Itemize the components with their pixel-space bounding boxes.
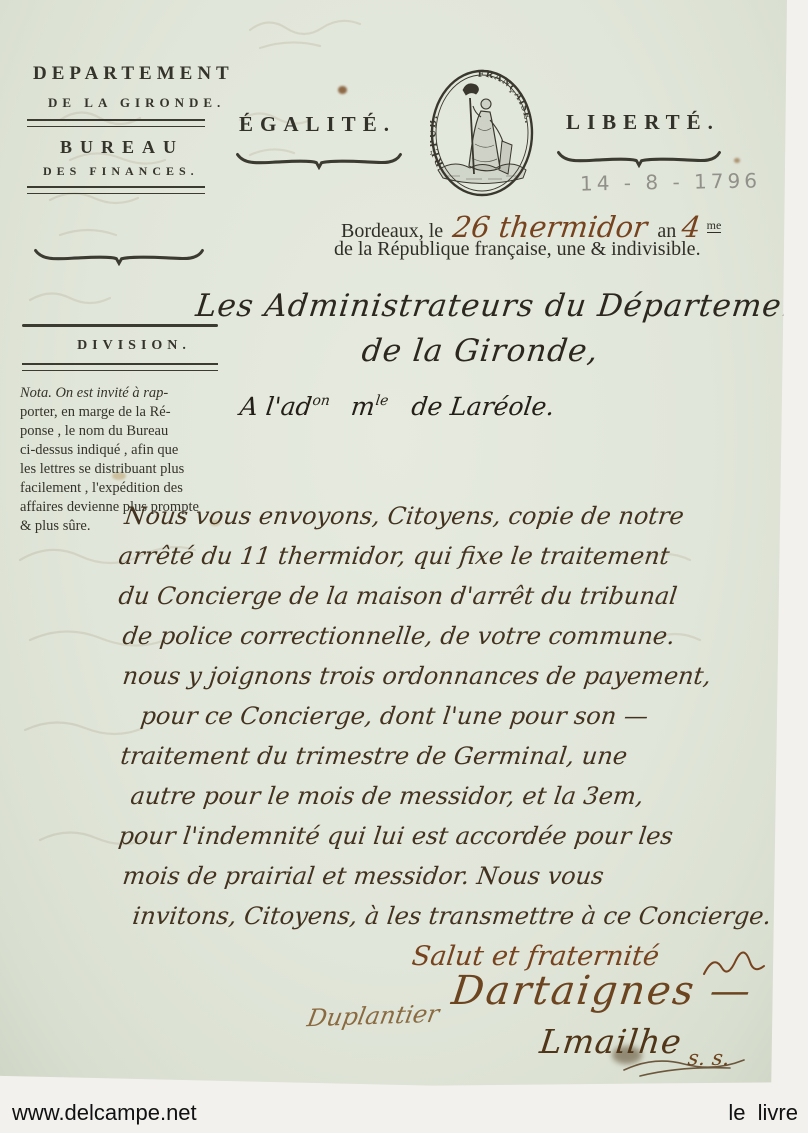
heavy-rule (22, 324, 218, 327)
body-line: traitement du trimestre de Germinal, une (116, 742, 786, 782)
double-rule (27, 186, 205, 194)
bureau-subtitle: DES FINANCES. (43, 164, 199, 179)
address-part: de Laréole. (410, 392, 556, 421)
address-superscript: on (311, 393, 330, 409)
body-line: mois de prairial et messidor. Nous vous (116, 862, 786, 902)
republic-seal: RÉPUB. FRANÇAISE. (430, 68, 534, 198)
svg-text:RÉPUB.: RÉPUB. (430, 113, 447, 169)
dateline-ordinal: me (707, 218, 722, 233)
body-line: nous y joignons trois ordonnances de pay… (116, 662, 786, 702)
nota-line: ci-dessus indiqué , afin que (20, 441, 222, 460)
body-line: pour l'indemnité qui lui est accordée po… (116, 822, 786, 862)
department-title: DEPARTEMENT (33, 63, 234, 85)
brace-flourish (556, 148, 722, 168)
address-line: A l'adon mle de Laréole. (238, 392, 556, 421)
body-line: pour ce Concierge, dont l'une pour son — (116, 702, 786, 742)
address-part: A l'ad (238, 392, 313, 421)
letter-body: Nous vous envoyons, Citoyens, copie de n… (118, 502, 783, 942)
brace-flourish (33, 246, 205, 266)
heading-gironde: de la Gironde, (360, 333, 601, 369)
liberte-motto: LIBERTÉ. (566, 110, 720, 135)
signature-dartaignes: Dartaignes — (449, 968, 755, 1014)
nota-line: les lettres se distribuant plus (20, 460, 222, 479)
liberty-figure (438, 84, 526, 184)
body-line: de police correctionnelle, de votre comm… (116, 622, 786, 662)
nota-line: Nota. On est invité à rap- (20, 385, 168, 401)
bureau-title: BUREAU (60, 137, 184, 158)
body-line: arrêté du 11 thermidor, qui fixe le trai… (116, 542, 786, 582)
double-rule (27, 119, 205, 127)
brace-flourish (235, 150, 403, 170)
watermark-url: www.delcampe.net (12, 1100, 197, 1126)
watermark-label: le livre (728, 1100, 798, 1126)
signature-underline-flourish (620, 1052, 750, 1082)
nota-line: facilement , l'expédition des (20, 479, 222, 498)
scanned-letter-page: DEPARTEMENT DE LA GIRONDE. BUREAU DES FI… (0, 0, 808, 1133)
body-line: invitons, Citoyens, à les transmettre à … (116, 902, 786, 942)
division-label: DIVISION. (22, 338, 232, 354)
department-subtitle: DE LA GIRONDE. (48, 95, 225, 111)
ink-stain (338, 86, 347, 94)
double-rule (22, 363, 218, 371)
address-superscript: le (375, 393, 390, 409)
dateline-republic: de la République française, une & indivi… (334, 238, 701, 261)
seal-text-left: RÉPUB. (430, 113, 447, 169)
body-line: autre pour le mois de messidor, et la 3e… (116, 782, 786, 822)
ink-stain (734, 158, 740, 163)
letter-paper: DEPARTEMENT DE LA GIRONDE. BUREAU DES FI… (0, 0, 787, 1090)
body-line: du Concierge de la maison d'arrêt du tri… (116, 582, 786, 622)
heading-administrators: Les Administrateurs du Département (194, 288, 808, 324)
nota-line: porter, en marge de la Ré- (20, 403, 222, 422)
body-line: Nous vous envoyons, Citoyens, copie de n… (116, 502, 786, 542)
pencil-date-annotation: 14 - 8 - 1796 (580, 168, 761, 195)
signature-duplantier: Duplantier (305, 1000, 441, 1033)
egalite-motto: ÉGALITÉ. (239, 112, 396, 137)
address-part: m (349, 392, 376, 421)
nota-line: ponse , le nom du Bureau (20, 422, 222, 441)
